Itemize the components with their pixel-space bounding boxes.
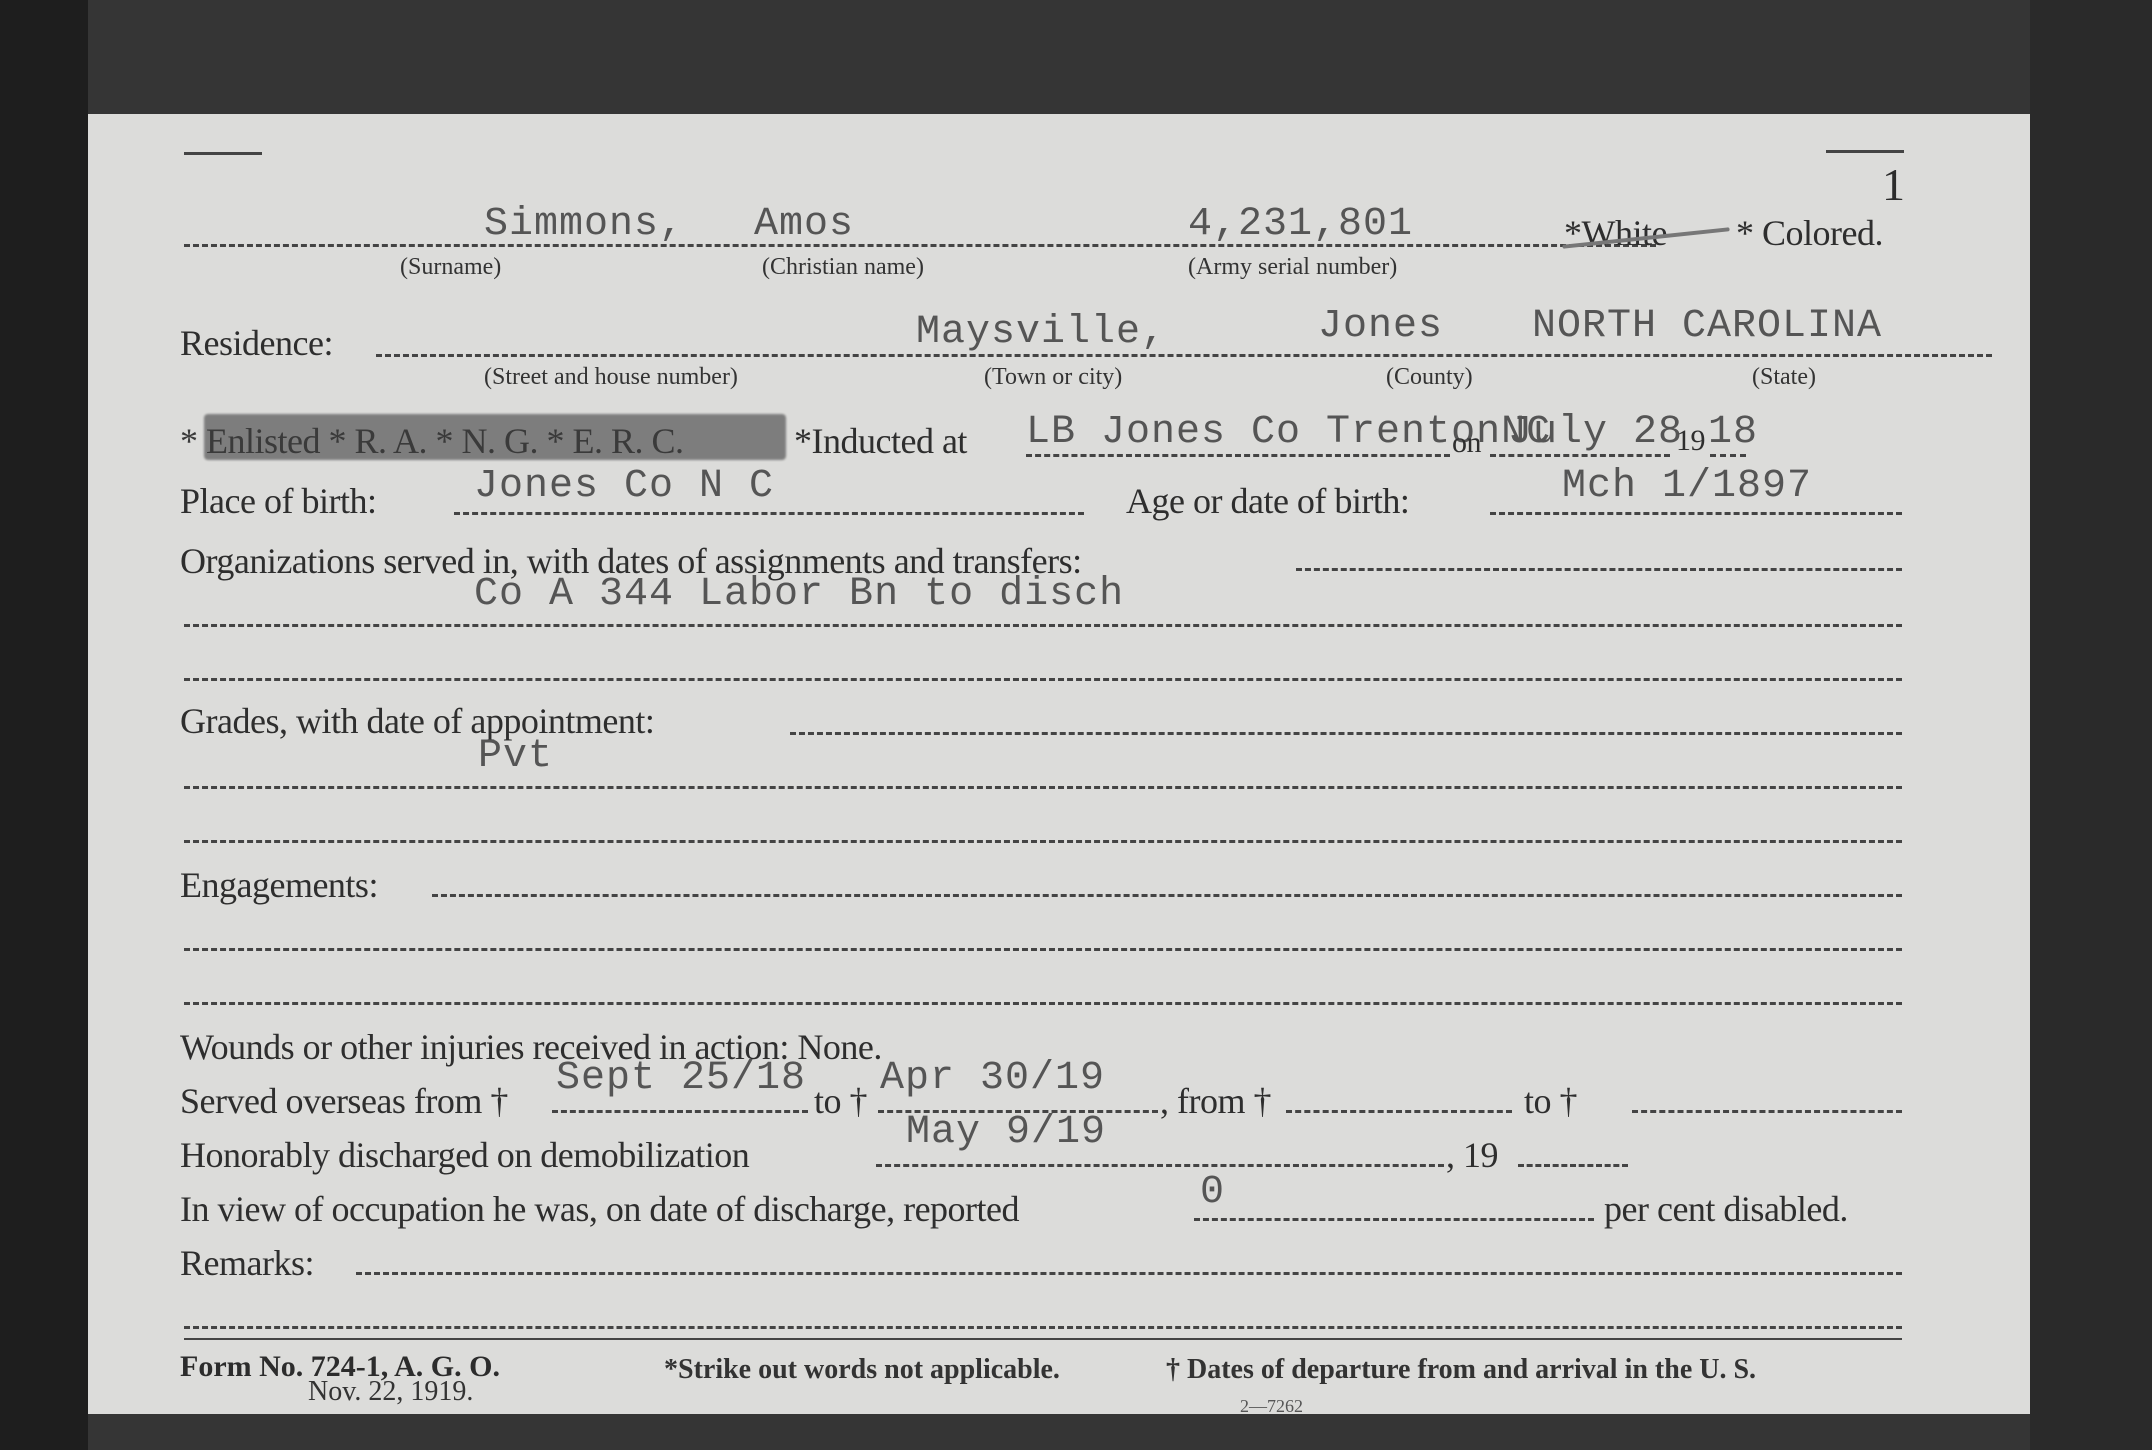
organizations-line-1	[1296, 568, 1902, 571]
residence-town-value: Maysville,	[916, 310, 1166, 355]
disability-line	[1194, 1218, 1594, 1221]
form-date: Nov. 22, 1919.	[308, 1376, 473, 1408]
engagements-line-1	[432, 894, 1902, 897]
date-of-birth-label: Age or date of birth:	[1126, 480, 1409, 522]
street-caption: (Street and house number)	[484, 364, 738, 391]
residence-state-value: NORTH CAROLINA	[1532, 304, 1882, 349]
christian-name-caption: (Christian name)	[762, 254, 924, 281]
scan-border-right	[2030, 0, 2152, 1450]
print-code: 2—7262	[1240, 1396, 1303, 1417]
residence-line	[376, 354, 1992, 357]
remarks-label: Remarks:	[180, 1242, 314, 1284]
place-of-birth-value: Jones Co N C	[474, 464, 774, 509]
surname-caption: (Surname)	[400, 254, 501, 281]
discharge-date-value: May 9/19	[906, 1110, 1106, 1155]
page-number: 1	[1882, 158, 1905, 211]
year-prefix: 19	[1676, 424, 1705, 458]
remarks-line-1	[356, 1272, 1902, 1275]
induction-year-value: 18	[1708, 410, 1758, 455]
organizations-value: Co A 344 Labor Bn to disch	[474, 572, 1124, 617]
grades-line-2	[184, 786, 1902, 789]
service-record-card: 1 Simmons, Amos 4,231,801 (Surname) (Chr…	[88, 114, 2030, 1414]
overseas-from2-label: , from †	[1160, 1080, 1271, 1122]
discharge-year-line	[1518, 1164, 1628, 1167]
date-of-birth-line	[1490, 512, 1902, 515]
residence-county-value: Jones	[1318, 304, 1443, 349]
overseas-to-label: to †	[814, 1080, 867, 1122]
footer-rule	[184, 1338, 1902, 1340]
christian-name-value: Amos	[754, 202, 854, 247]
overseas-from-value: Sept 25/18	[556, 1056, 806, 1101]
organizations-line-2	[184, 624, 1902, 627]
remarks-line-2	[184, 1326, 1902, 1329]
place-of-birth-line	[454, 512, 1084, 515]
induction-date-value: July 28	[1508, 410, 1683, 455]
grades-value: Pvt	[478, 734, 553, 779]
overseas-to2-label: to †	[1524, 1080, 1577, 1122]
disability-label: In view of occupation he was, on date of…	[180, 1188, 1019, 1230]
disability-suffix: per cent disabled.	[1604, 1188, 1848, 1230]
grades-line-3	[184, 840, 1902, 843]
race-colored: * Colored.	[1736, 212, 1883, 254]
inducted-at-label: *Inducted at	[794, 420, 967, 462]
on-label: on	[1452, 426, 1481, 460]
scan-border-left	[0, 0, 88, 1450]
name-line	[184, 244, 1656, 247]
grades-line-1	[790, 732, 1902, 735]
grades-label: Grades, with date of appointment:	[180, 700, 654, 742]
top-left-mark	[184, 152, 262, 155]
overseas-to-value: Apr 30/19	[880, 1056, 1105, 1101]
serial-caption: (Army serial number)	[1188, 254, 1397, 281]
overseas-from2-line	[1286, 1110, 1512, 1113]
top-right-mark	[1826, 150, 1904, 153]
place-of-birth-label: Place of birth:	[180, 480, 376, 522]
strike-out-note: *Strike out words not applicable.	[664, 1354, 1060, 1386]
town-caption: (Town or city)	[984, 364, 1122, 391]
disability-value: 0	[1200, 1170, 1225, 1215]
surname-value: Simmons,	[484, 202, 684, 247]
overseas-to2-line	[1632, 1110, 1902, 1113]
discharge-year-label: , 19	[1446, 1134, 1498, 1176]
residence-label: Residence:	[180, 322, 333, 364]
county-caption: (County)	[1386, 364, 1473, 391]
engagements-line-2	[184, 948, 1902, 951]
engagements-label: Engagements:	[180, 864, 378, 906]
served-overseas-label: Served overseas from †	[180, 1080, 508, 1122]
discharge-label: Honorably discharged on demobilization	[180, 1134, 749, 1176]
overseas-from-line	[552, 1110, 808, 1113]
dagger-note: † Dates of departure from and arrival in…	[1166, 1354, 1756, 1386]
date-of-birth-value: Mch 1/1897	[1562, 464, 1812, 509]
race-white-struck: *White	[1564, 212, 1667, 254]
enlisted-options-struck: * Enlisted * R. A. * N. G. * E. R. C.	[180, 420, 684, 462]
state-caption: (State)	[1752, 364, 1816, 391]
engagements-line-3	[184, 1002, 1902, 1005]
serial-number-value: 4,231,801	[1188, 202, 1413, 247]
discharge-line	[876, 1164, 1444, 1167]
organizations-line-3	[184, 678, 1902, 681]
